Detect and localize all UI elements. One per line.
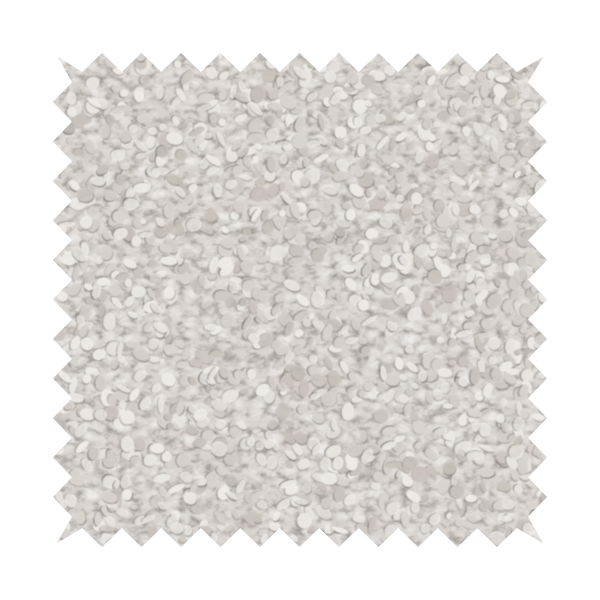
fabric-swatch: Boucle textured upholstery fabric swatch…: [0, 0, 600, 600]
fabric-swatch-image: [0, 0, 600, 600]
fabric-texture: [0, 0, 600, 600]
